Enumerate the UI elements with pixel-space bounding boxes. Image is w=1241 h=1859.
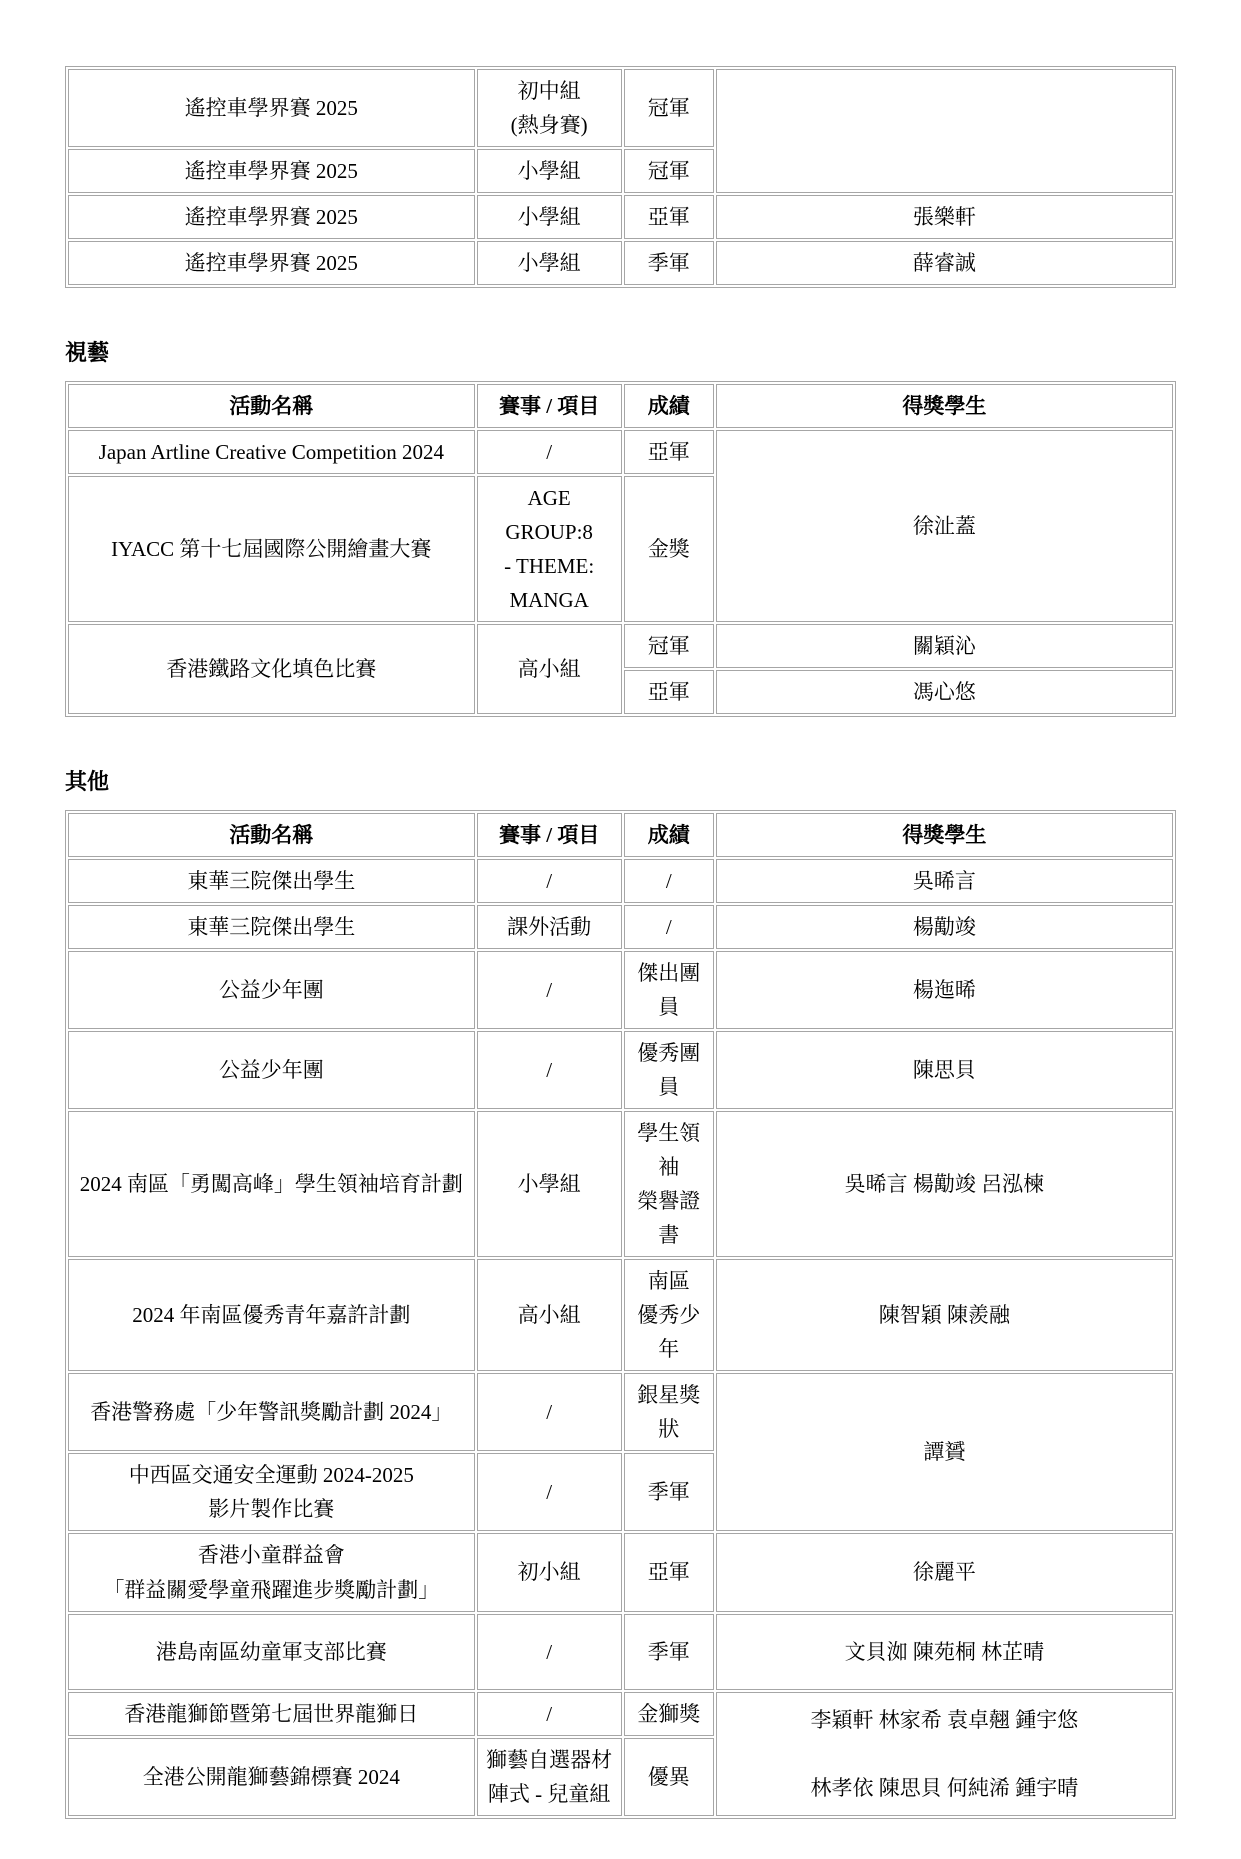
- cell-result: 冠軍: [624, 624, 714, 668]
- cell-event: /: [477, 1031, 622, 1109]
- table-row: 2024 南區「勇闖高峰」學生領袖培育計劃 小學組 學生領袖 榮譽證書 吳晞言 …: [68, 1111, 1173, 1257]
- column-header-event: 賽事 / 項目: [477, 384, 622, 428]
- cell-activity: 東華三院傑出學生: [68, 859, 475, 903]
- cell-activity: 香港龍獅節暨第七屆世界龍獅日: [68, 1692, 475, 1736]
- cell-result: 亞軍: [624, 670, 714, 714]
- cell-result: 季軍: [624, 1614, 714, 1690]
- cell-students-empty: [716, 69, 1173, 193]
- column-header-result: 成績: [624, 813, 714, 857]
- cell-event: /: [477, 1614, 622, 1690]
- cell-event: 高小組: [477, 624, 622, 714]
- cell-students: 陳智穎 陳羨融: [716, 1259, 1173, 1371]
- cell-activity: 東華三院傑出學生: [68, 905, 475, 949]
- cell-activity: Japan Artline Creative Competition 2024: [68, 430, 475, 474]
- cell-result: 季軍: [624, 1453, 714, 1531]
- cell-event: /: [477, 1453, 622, 1531]
- cell-activity: 公益少年團: [68, 951, 475, 1029]
- cell-students: 楊迤晞: [716, 951, 1173, 1029]
- cell-event: 小學組: [477, 149, 622, 193]
- table-row: 香港小童群益會 「群益關愛學童飛躍進步獎勵計劃」 初小組 亞軍 徐麗平: [68, 1533, 1173, 1611]
- cell-activity: 中西區交通安全運動 2024-2025 影片製作比賽: [68, 1453, 475, 1531]
- cell-students: 吳晞言: [716, 859, 1173, 903]
- cell-event: /: [477, 1373, 622, 1451]
- column-header-students: 得獎學生: [716, 813, 1173, 857]
- cell-activity: 香港小童群益會 「群益關愛學童飛躍進步獎勵計劃」: [68, 1533, 475, 1611]
- cell-event: /: [477, 859, 622, 903]
- table-row: 香港龍獅節暨第七屆世界龍獅日 / 金獅獎 李穎軒 林家希 袁卓翹 鍾宇悠 林孝依…: [68, 1692, 1173, 1736]
- cell-activity: 香港警務處「少年警訊獎勵計劃 2024」: [68, 1373, 475, 1451]
- document-page: 遙控車學界賽 2025 初中組 (熱身賽) 冠軍 遙控車學界賽 2025 小學組…: [0, 0, 1241, 1859]
- cell-result: 亞軍: [624, 195, 714, 239]
- cell-students: 文貝洳 陳苑桐 林芷晴: [716, 1614, 1173, 1690]
- cell-event: /: [477, 430, 622, 474]
- table-header-row: 活動名稱 賽事 / 項目 成績 得獎學生: [68, 384, 1173, 428]
- cell-activity: 遙控車學界賽 2025: [68, 149, 475, 193]
- cell-result: /: [624, 859, 714, 903]
- cell-result: 優異: [624, 1738, 714, 1816]
- cell-students: 徐麗平: [716, 1533, 1173, 1611]
- table-row: 香港鐵路文化填色比賽 高小組 冠軍 關穎沁: [68, 624, 1173, 668]
- cell-activity: 公益少年團: [68, 1031, 475, 1109]
- cell-event: 課外活動: [477, 905, 622, 949]
- rc-competition-table: 遙控車學界賽 2025 初中組 (熱身賽) 冠軍 遙控車學界賽 2025 小學組…: [65, 66, 1176, 288]
- visual-arts-table: 活動名稱 賽事 / 項目 成績 得獎學生 Japan Artline Creat…: [65, 381, 1176, 717]
- cell-activity: 遙控車學界賽 2025: [68, 69, 475, 147]
- cell-result: /: [624, 905, 714, 949]
- table-row: 公益少年團 / 傑出團員 楊迤晞: [68, 951, 1173, 1029]
- cell-event: 小學組: [477, 195, 622, 239]
- cell-result: 季軍: [624, 241, 714, 285]
- cell-students: 馮心悠: [716, 670, 1173, 714]
- cell-activity: 全港公開龍獅藝錦標賽 2024: [68, 1738, 475, 1816]
- cell-activity: 2024 南區「勇闖高峰」學生領袖培育計劃: [68, 1111, 475, 1257]
- cell-students: 徐沚蓋: [716, 430, 1173, 622]
- table-row: 東華三院傑出學生 / / 吳晞言: [68, 859, 1173, 903]
- cell-students: 吳晞言 楊勱竣 呂泓楝: [716, 1111, 1173, 1257]
- cell-result: 學生領袖 榮譽證書: [624, 1111, 714, 1257]
- column-header-result: 成績: [624, 384, 714, 428]
- cell-result: 亞軍: [624, 1533, 714, 1611]
- section-heading-others: 其他: [65, 765, 1176, 796]
- table-row: Japan Artline Creative Competition 2024 …: [68, 430, 1173, 474]
- cell-activity: 香港鐵路文化填色比賽: [68, 624, 475, 714]
- table-row: 東華三院傑出學生 課外活動 / 楊勱竣: [68, 905, 1173, 949]
- section-heading-visual-arts: 視藝: [65, 336, 1176, 367]
- cell-result: 亞軍: [624, 430, 714, 474]
- cell-result: 優秀團員: [624, 1031, 714, 1109]
- cell-event: 高小組: [477, 1259, 622, 1371]
- others-table: 活動名稱 賽事 / 項目 成績 得獎學生 東華三院傑出學生 / / 吳晞言 東華…: [65, 810, 1176, 1818]
- cell-result: 冠軍: [624, 149, 714, 193]
- table-row: 遙控車學界賽 2025 初中組 (熱身賽) 冠軍: [68, 69, 1173, 147]
- cell-event: 初小組: [477, 1533, 622, 1611]
- table-row: 公益少年團 / 優秀團員 陳思貝: [68, 1031, 1173, 1109]
- table-row: 2024 年南區優秀青年嘉許計劃 高小組 南區 優秀少年 陳智穎 陳羨融: [68, 1259, 1173, 1371]
- cell-students: 關穎沁: [716, 624, 1173, 668]
- cell-students: 譚贇: [716, 1373, 1173, 1531]
- cell-event: AGE GROUP:8 - THEME: MANGA: [477, 476, 622, 622]
- cell-result: 冠軍: [624, 69, 714, 147]
- column-header-activity: 活動名稱: [68, 813, 475, 857]
- cell-result: 金獎: [624, 476, 714, 622]
- cell-result: 南區 優秀少年: [624, 1259, 714, 1371]
- cell-students: 張樂軒: [716, 195, 1173, 239]
- cell-result: 金獅獎: [624, 1692, 714, 1736]
- table-row: 遙控車學界賽 2025 小學組 亞軍 張樂軒: [68, 195, 1173, 239]
- table-row: 香港警務處「少年警訊獎勵計劃 2024」 / 銀星獎狀 譚贇: [68, 1373, 1173, 1451]
- cell-activity: 遙控車學界賽 2025: [68, 241, 475, 285]
- cell-event: 獅藝自選器材 陣式 - 兒童組: [477, 1738, 622, 1816]
- cell-students: 陳思貝: [716, 1031, 1173, 1109]
- cell-activity: 遙控車學界賽 2025: [68, 195, 475, 239]
- cell-students: 楊勱竣: [716, 905, 1173, 949]
- cell-event: 小學組: [477, 1111, 622, 1257]
- column-header-event: 賽事 / 項目: [477, 813, 622, 857]
- table-row: 遙控車學界賽 2025 小學組 季軍 薛睿誠: [68, 241, 1173, 285]
- column-header-activity: 活動名稱: [68, 384, 475, 428]
- cell-students: 薛睿誠: [716, 241, 1173, 285]
- cell-students: 李穎軒 林家希 袁卓翹 鍾宇悠 林孝依 陳思貝 何純浠 鍾宇晴: [716, 1692, 1173, 1816]
- cell-event: /: [477, 1692, 622, 1736]
- cell-result: 銀星獎狀: [624, 1373, 714, 1451]
- cell-event: 小學組: [477, 241, 622, 285]
- table-row: 港島南區幼童軍支部比賽 / 季軍 文貝洳 陳苑桐 林芷晴: [68, 1614, 1173, 1690]
- cell-event: /: [477, 951, 622, 1029]
- cell-activity: 港島南區幼童軍支部比賽: [68, 1614, 475, 1690]
- cell-activity: IYACC 第十七屆國際公開繪畫大賽: [68, 476, 475, 622]
- cell-event: 初中組 (熱身賽): [477, 69, 622, 147]
- table-header-row: 活動名稱 賽事 / 項目 成績 得獎學生: [68, 813, 1173, 857]
- cell-activity: 2024 年南區優秀青年嘉許計劃: [68, 1259, 475, 1371]
- cell-result: 傑出團員: [624, 951, 714, 1029]
- column-header-students: 得獎學生: [716, 384, 1173, 428]
